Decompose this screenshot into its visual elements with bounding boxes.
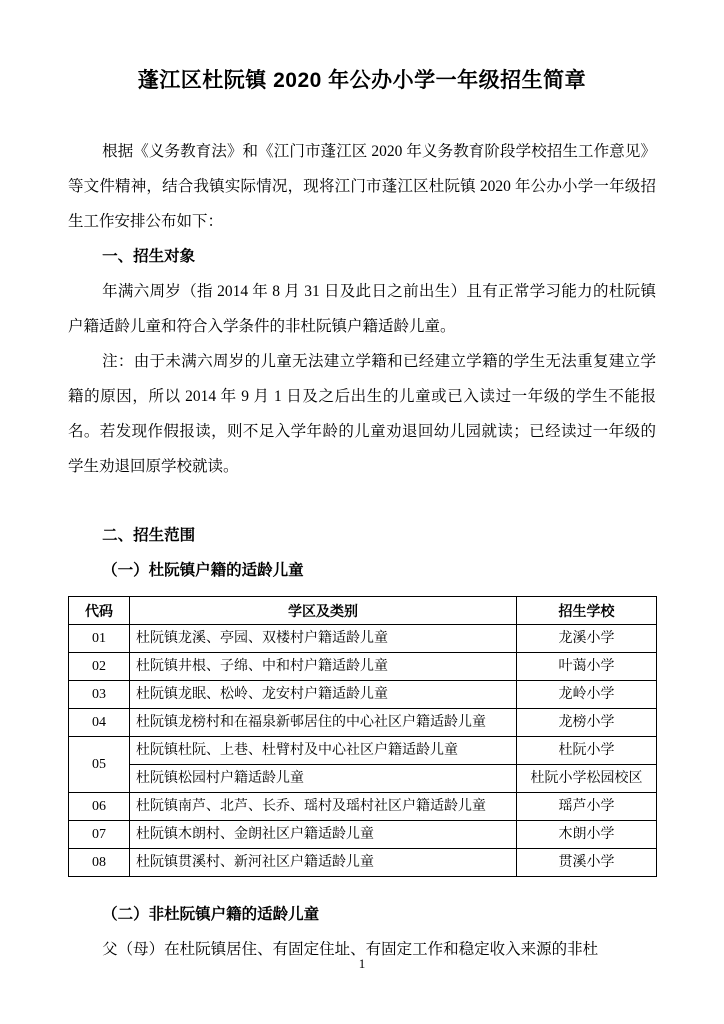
district-cell: 杜阮镇杜阮、上巷、杜臂村及中心社区户籍适龄儿童 <box>130 737 517 765</box>
header-code: 代码 <box>69 597 130 625</box>
table-header-row: 代码 学区及类别 招生学校 <box>69 597 657 625</box>
code-cell: 02 <box>69 653 130 681</box>
district-cell: 杜阮镇井根、子绵、中和村户籍适龄儿童 <box>130 653 517 681</box>
document-title: 蓬江区杜阮镇 2020 年公办小学一年级招生简章 <box>68 64 656 94</box>
school-cell: 贯溪小学 <box>517 849 657 877</box>
section2-sub1-heading: （一）杜阮镇户籍的适龄儿童 <box>68 553 656 588</box>
district-cell: 杜阮镇松园村户籍适龄儿童 <box>130 765 517 793</box>
page-number: 1 <box>0 956 724 972</box>
school-cell: 杜阮小学松园校区 <box>517 765 657 793</box>
header-district: 学区及类别 <box>130 597 517 625</box>
section1-paragraph-1: 年满六周岁（指 2014 年 8 月 31 日及此日之前出生）且有正常学习能力的… <box>68 274 656 344</box>
table-row: 03杜阮镇龙眠、松岭、龙安村户籍适龄儿童龙岭小学 <box>69 681 657 709</box>
district-cell: 杜阮镇龙溪、亭园、双楼村户籍适龄儿童 <box>130 625 517 653</box>
section1-paragraph-2: 注：由于未满六周岁的儿童无法建立学籍和已经建立学籍的学生无法重复建立学籍的原因，… <box>68 344 656 484</box>
district-cell: 杜阮镇龙榜村和在福泉新邨居住的中心社区户籍适龄儿童 <box>130 709 517 737</box>
school-cell: 龙岭小学 <box>517 681 657 709</box>
code-cell: 07 <box>69 821 130 849</box>
school-cell: 龙溪小学 <box>517 625 657 653</box>
code-cell: 04 <box>69 709 130 737</box>
table-row: 01杜阮镇龙溪、亭园、双楼村户籍适龄儿童龙溪小学 <box>69 625 657 653</box>
table-row: 08杜阮镇贯溪村、新河社区户籍适龄儿童贯溪小学 <box>69 849 657 877</box>
code-cell: 01 <box>69 625 130 653</box>
intro-paragraph: 根据《义务教育法》和《江门市蓬江区 2020 年义务教育阶段学校招生工作意见》等… <box>68 134 656 239</box>
school-cell: 杜阮小学 <box>517 737 657 765</box>
code-cell: 05 <box>69 737 130 793</box>
district-cell: 杜阮镇龙眠、松岭、龙安村户籍适龄儿童 <box>130 681 517 709</box>
code-cell: 03 <box>69 681 130 709</box>
table-row: 06杜阮镇南芦、北芦、长乔、瑶村及瑶村社区户籍适龄儿童瑶芦小学 <box>69 793 657 821</box>
table-row: 02杜阮镇井根、子绵、中和村户籍适龄儿童叶蔼小学 <box>69 653 657 681</box>
header-school: 招生学校 <box>517 597 657 625</box>
section1-heading: 一、招生对象 <box>68 239 656 274</box>
school-cell: 叶蔼小学 <box>517 653 657 681</box>
table-row: 杜阮镇松园村户籍适龄儿童杜阮小学松园校区 <box>69 765 657 793</box>
document-page: 蓬江区杜阮镇 2020 年公办小学一年级招生简章 根据《义务教育法》和《江门市蓬… <box>0 0 724 1024</box>
section2-sub2-heading: （二）非杜阮镇户籍的适龄儿童 <box>68 897 656 932</box>
table-row: 07杜阮镇木朗村、金朗社区户籍适龄儿童木朗小学 <box>69 821 657 849</box>
table-row: 04杜阮镇龙榜村和在福泉新邨居住的中心社区户籍适龄儿童龙榜小学 <box>69 709 657 737</box>
section2-heading: 二、招生范围 <box>68 518 656 553</box>
school-cell: 瑶芦小学 <box>517 793 657 821</box>
district-cell: 杜阮镇贯溪村、新河社区户籍适龄儿童 <box>130 849 517 877</box>
table-row: 05杜阮镇杜阮、上巷、杜臂村及中心社区户籍适龄儿童杜阮小学 <box>69 737 657 765</box>
district-cell: 杜阮镇南芦、北芦、长乔、瑶村及瑶村社区户籍适龄儿童 <box>130 793 517 821</box>
code-cell: 06 <box>69 793 130 821</box>
table-body: 01杜阮镇龙溪、亭园、双楼村户籍适龄儿童龙溪小学02杜阮镇井根、子绵、中和村户籍… <box>69 625 657 877</box>
enrollment-zone-table: 代码 学区及类别 招生学校 01杜阮镇龙溪、亭园、双楼村户籍适龄儿童龙溪小学02… <box>68 596 657 877</box>
school-cell: 龙榜小学 <box>517 709 657 737</box>
code-cell: 08 <box>69 849 130 877</box>
school-cell: 木朗小学 <box>517 821 657 849</box>
district-cell: 杜阮镇木朗村、金朗社区户籍适龄儿童 <box>130 821 517 849</box>
